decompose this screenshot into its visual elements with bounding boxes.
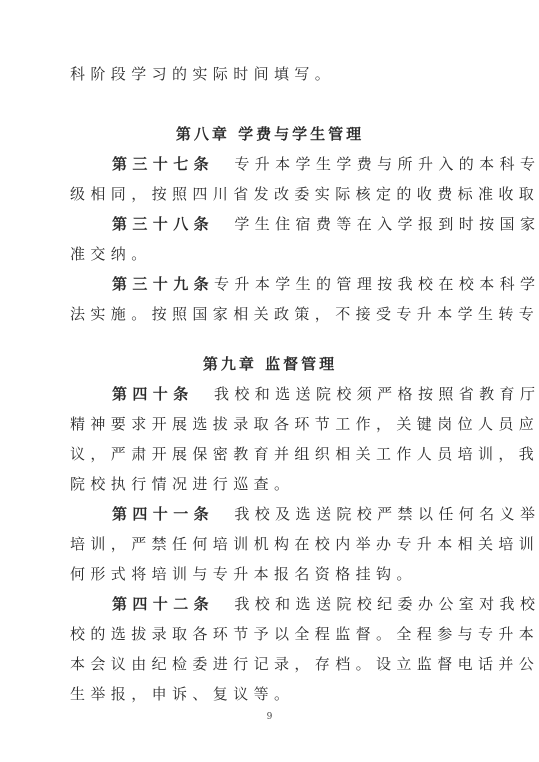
article-41-line-3: 何形式将培训与专升本报名资格挂钩。 <box>70 564 470 584</box>
article-38-line-2: 准交纳。 <box>70 244 470 264</box>
article-41-text: 我校及选送院校严禁以任何名义举办专升本 <box>234 505 539 523</box>
article-42-line-4: 生举报，申诉、复议等。 <box>70 684 470 704</box>
article-42-line-1: 第四十二条 我校和选送院校纪委办公室对我校及选送院 <box>70 594 512 614</box>
article-40-text: 我校和选送院校须严格按照省教育厅相关文件 <box>214 385 539 403</box>
article-38-text: 学生住宿费等在入学报到时按国家审批的标 <box>234 215 539 233</box>
chapter-8-heading: 第八章 学费与学生管理 <box>70 124 470 144</box>
article-40-line-1: 第四十条 我校和选送院校须严格按照省教育厅相关文件 <box>70 384 512 404</box>
article-37-line-1: 第三十七条 专升本学生学费与所升入的本科专业所在年 <box>70 154 512 174</box>
article-42-label: 第四十二条 <box>112 595 214 613</box>
article-40-line-4: 院校执行情况进行巡查。 <box>70 474 470 494</box>
article-41-line-1: 第四十一条 我校及选送院校严禁以任何名义举办专升本 <box>70 504 512 524</box>
article-40-line-2: 精神要求开展选拔录取各环节工作，关键岗位人员应签订保密协 <box>70 414 470 434</box>
page-number: 9 <box>0 712 539 722</box>
article-42-line-3: 本会议由纪检委进行记录，存档。设立监督电话并公开，接受考 <box>70 654 470 674</box>
article-39-text: 专升本学生的管理按我校在校本科学生相同办 <box>214 275 539 293</box>
article-37-line-2: 级相同，按照四川省发改委实际核定的收费标准收取。 <box>70 184 470 204</box>
article-41-line-2: 培训，严禁任何培训机构在校内举办专升本相关培训，严禁以任 <box>70 534 470 554</box>
article-37-text: 专升本学生学费与所升入的本科专业所在年 <box>234 155 539 173</box>
article-39-line-2: 法实施。按照国家相关政策，不接受专升本学生转专业申请。 <box>70 304 470 324</box>
chapter-9-heading: 第九章 监督管理 <box>70 354 470 374</box>
article-40-label: 第四十条 <box>112 385 194 403</box>
article-41-label: 第四十一条 <box>112 505 214 523</box>
paragraph-carryover: 科阶段学习的实际时间填写。 <box>70 64 470 84</box>
article-39-label: 第三十九条 <box>112 275 214 293</box>
article-38-line-1: 第三十八条 学生住宿费等在入学报到时按国家审批的标 <box>70 214 512 234</box>
article-39-line-1: 第三十九条专升本学生的管理按我校在校本科学生相同办 <box>70 274 512 294</box>
article-42-text: 我校和选送院校纪委办公室对我校及选送院 <box>234 595 539 613</box>
article-37-label: 第三十七条 <box>112 155 214 173</box>
article-42-line-2: 校的选拔录取各环节予以全程监督。全程参与专升本过程，专升 <box>70 624 470 644</box>
article-38-label: 第三十八条 <box>112 215 214 233</box>
article-40-line-3: 议，严肃开展保密教育并组织相关工作人员培训，我校将对选送 <box>70 444 470 464</box>
